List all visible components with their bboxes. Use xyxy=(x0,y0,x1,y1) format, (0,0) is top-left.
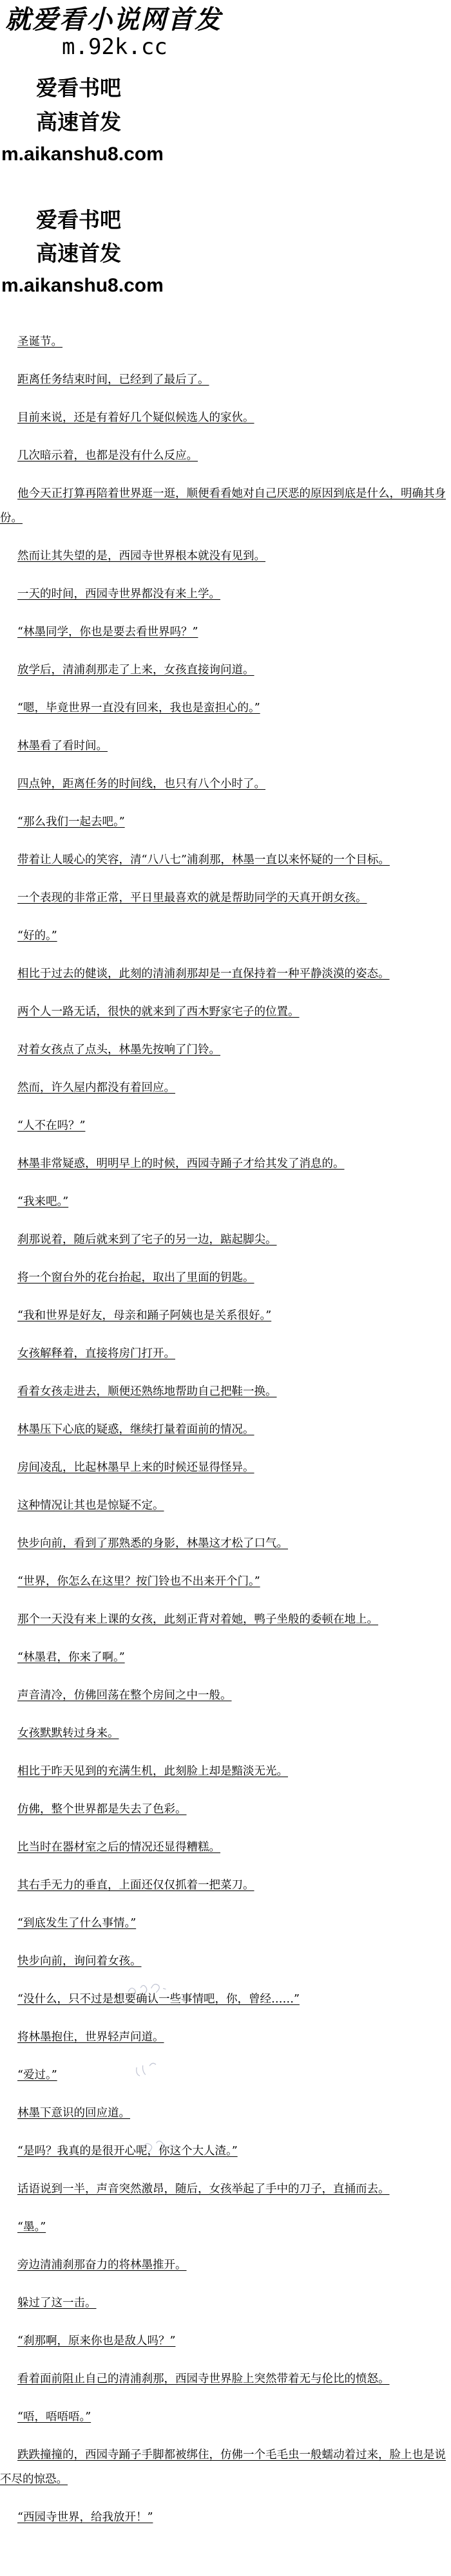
chapter-paragraph: 相比于过去的健谈，此刻的清浦刹那却是一直保持着一种平静淡漠的姿态。 xyxy=(0,962,448,986)
chapter-paragraph: 相比于昨天见到的充满生机，此刻脸上却是黯淡无光。 xyxy=(0,1759,448,1784)
chapter-paragraph: 将林墨抱住，世界轻声问道。 xyxy=(0,2025,448,2049)
chapter-paragraph: 这种情况让其也是惊疑不定。 xyxy=(0,1493,448,1518)
chapter-paragraph: 圣诞节。 xyxy=(0,330,448,354)
chapter-paragraph: “我和世界是好友，母亲和踊子阿姨也是关系很好。” xyxy=(0,1303,448,1328)
chapter-paragraph: “林墨君，你来了啊。” xyxy=(0,1645,448,1670)
chapter-paragraph: “到底发生了什么事情。” xyxy=(0,1911,448,1936)
site-watermark-url: m.92k.cc xyxy=(62,35,451,60)
chapter-paragraph: 话语说到一半，声音突然激昂，随后，女孩举起了手中的刀子，直捅而去。 xyxy=(0,2177,448,2201)
chapter-paragraph: “嗯，毕竟世界一直没有回来，我也是蛮担心的。” xyxy=(0,696,448,720)
chapter-paragraph: 看着女孩走进去，顺便还熟练地帮助自己把鞋一换。 xyxy=(0,1379,448,1404)
promo-name: 爱看书吧 xyxy=(36,77,451,100)
chapter-paragraph: 林墨压下心底的疑惑，继续打量着面前的情况。 xyxy=(0,1417,448,1442)
chapter-paragraph: 然而让其失望的是，西园寺世界根本就没有见到。 xyxy=(0,544,448,568)
chapter-paragraph: 林墨非常疑惑，明明早上的时候，西园寺踊子才给其发了消息的。 xyxy=(0,1152,448,1176)
chapter-paragraph: 一天的时间，西园寺世界都没有来上学。 xyxy=(0,582,448,606)
novel-reader-page: 就爱看小说网首发 m.92k.cc 爱看书吧 高速首发 m.aikanshu8.… xyxy=(0,0,451,2576)
promo-name: 爱看书吧 xyxy=(36,209,451,232)
chapter-paragraph: “墨。” xyxy=(0,2215,448,2239)
chapter-paragraph: 其右手无力的垂直，上面还仅仅抓着一把菜刀。 xyxy=(0,1873,448,1898)
chapter-paragraph: 对着女孩点了点头，林墨先按响了门铃。 xyxy=(0,1038,448,1062)
chapter-paragraph: 看着面前阻止自己的清浦刹那，西园寺世界脸上突然带着无与伦比的愤怒。 xyxy=(0,2367,448,2391)
promo-block: 爱看书吧 高速首发 m.aikanshu8.com xyxy=(0,77,451,165)
chapter-paragraph: 林墨看了看时间。 xyxy=(0,734,448,758)
chapter-paragraph: “那么我们一起去吧。” xyxy=(0,810,448,834)
chapter-paragraph: 女孩默默转过身来。 xyxy=(0,1721,448,1746)
promo-block: 爱看书吧 高速首发 m.aikanshu8.com xyxy=(0,209,451,297)
chapter-paragraph: 快步向前，询问着女孩。 xyxy=(0,1949,448,1974)
promo-tagline: 高速首发 xyxy=(36,242,451,266)
chapter-paragraph: 带着让人暖心的笑容，清“八八七”浦刹那，林墨一直以来怀疑的一个目标。 xyxy=(0,848,448,872)
chapter-paragraph: “好的。” xyxy=(0,924,448,948)
site-watermark-title: 就爱看小说网首发 xyxy=(5,5,451,35)
promo-url: m.aikanshu8.com xyxy=(1,144,451,166)
chapter-paragraph: 距离任务结束时间，已经到了最后了。 xyxy=(0,368,448,392)
chapter-paragraph: “人不在吗？” xyxy=(0,1114,448,1138)
chapter-paragraph: 快步向前，看到了那熟悉的身影，林墨这才松了口气。 xyxy=(0,1531,448,1556)
chapter-paragraph: 四点钟，距离任务的时间线，也只有八个小时了。 xyxy=(0,772,448,796)
chapter-paragraph: 目前来说，还是有着好几个疑似候选人的家伙。 xyxy=(0,406,448,430)
chapter-paragraph: 刹那说着，随后就来到了宅子的另一边，踮起脚尖。 xyxy=(0,1227,448,1252)
chapter-paragraph: “爱过。” xyxy=(0,2063,448,2087)
chapter-text: 圣诞节。距离任务结束时间，已经到了最后了。目前来说，还是有着好几个疑似候选人的家… xyxy=(0,330,448,2530)
chapter-paragraph: 放学后，清浦刹那走了上来，女孩直接询问道。 xyxy=(0,658,448,682)
chapter-paragraph: “我来吧。” xyxy=(0,1190,448,1214)
chapter-paragraph: 房间凌乱，比起林墨早上来的时候还显得怪异。 xyxy=(0,1455,448,1480)
chapter-paragraph: “刹那啊，原来你也是敌人吗？” xyxy=(0,2329,448,2353)
chapter-paragraph: 仿佛，整个世界都是失去了色彩。 xyxy=(0,1797,448,1822)
promo-url: m.aikanshu8.com xyxy=(1,275,451,297)
chapter-paragraph: “是吗？我真的是很开心呢，你这个大人渣。” xyxy=(0,2139,448,2163)
chapter-paragraph: 躲过了这一击。 xyxy=(0,2291,448,2315)
chapter-paragraph: 跌跌撞撞的，西园寺踊子手脚都被绑住，仿佛一个毛毛虫一般蠕动着过来，脸上也是说不尽… xyxy=(0,2443,448,2492)
chapter-paragraph: “西园寺世界，给我放开！” xyxy=(0,2505,448,2530)
chapter-paragraph: 林墨下意识的回应道。 xyxy=(0,2101,448,2125)
chapter-paragraph: 女孩解释着，直接将房门打开。 xyxy=(0,1341,448,1366)
chapter-paragraph: 一个表现的非常正常，平日里最喜欢的就是帮助同学的天真开朗女孩。 xyxy=(0,886,448,910)
promo-tagline: 高速首发 xyxy=(36,111,451,135)
chapter-paragraph: “唔，唔唔唔。” xyxy=(0,2405,448,2429)
chapter-paragraph: 声音清冷，仿佛回荡在整个房间之中一般。 xyxy=(0,1683,448,1708)
chapter-paragraph: 几次暗示着，也都是没有什么反应。 xyxy=(0,443,448,468)
chapter-paragraph: “林墨同学，你也是要去看世界吗？” xyxy=(0,620,448,644)
chapter-paragraph: “没什么，只不过是想要确认一些事情吧，你，曾经……” xyxy=(0,1987,448,2011)
chapter-paragraph: 他今天正打算再陪着世界逛一逛，顺便看看她对自己厌恶的原因到底是什么，明确其身份。 xyxy=(0,481,448,530)
chapter-paragraph: “世界，你怎么在这里？按门铃也不出来开个门。” xyxy=(0,1569,448,1594)
chapter-paragraph: 比当时在器材室之后的情况还显得糟糕。 xyxy=(0,1835,448,1860)
chapter-paragraph: 那个一天没有来上课的女孩，此刻正背对着她，鸭子坐般的委顿在地上。 xyxy=(0,1607,448,1632)
chapter-paragraph: 旁边清浦刹那奋力的将林墨推开。 xyxy=(0,2253,448,2277)
chapter-paragraph: 两个人一路无话，很快的就来到了西木野家宅子的位置。 xyxy=(0,1000,448,1024)
chapter-paragraph: 将一个窗台外的花台抬起，取出了里面的钥匙。 xyxy=(0,1265,448,1290)
chapter-paragraph: 然而，许久屋内都没有着回应。 xyxy=(0,1076,448,1100)
